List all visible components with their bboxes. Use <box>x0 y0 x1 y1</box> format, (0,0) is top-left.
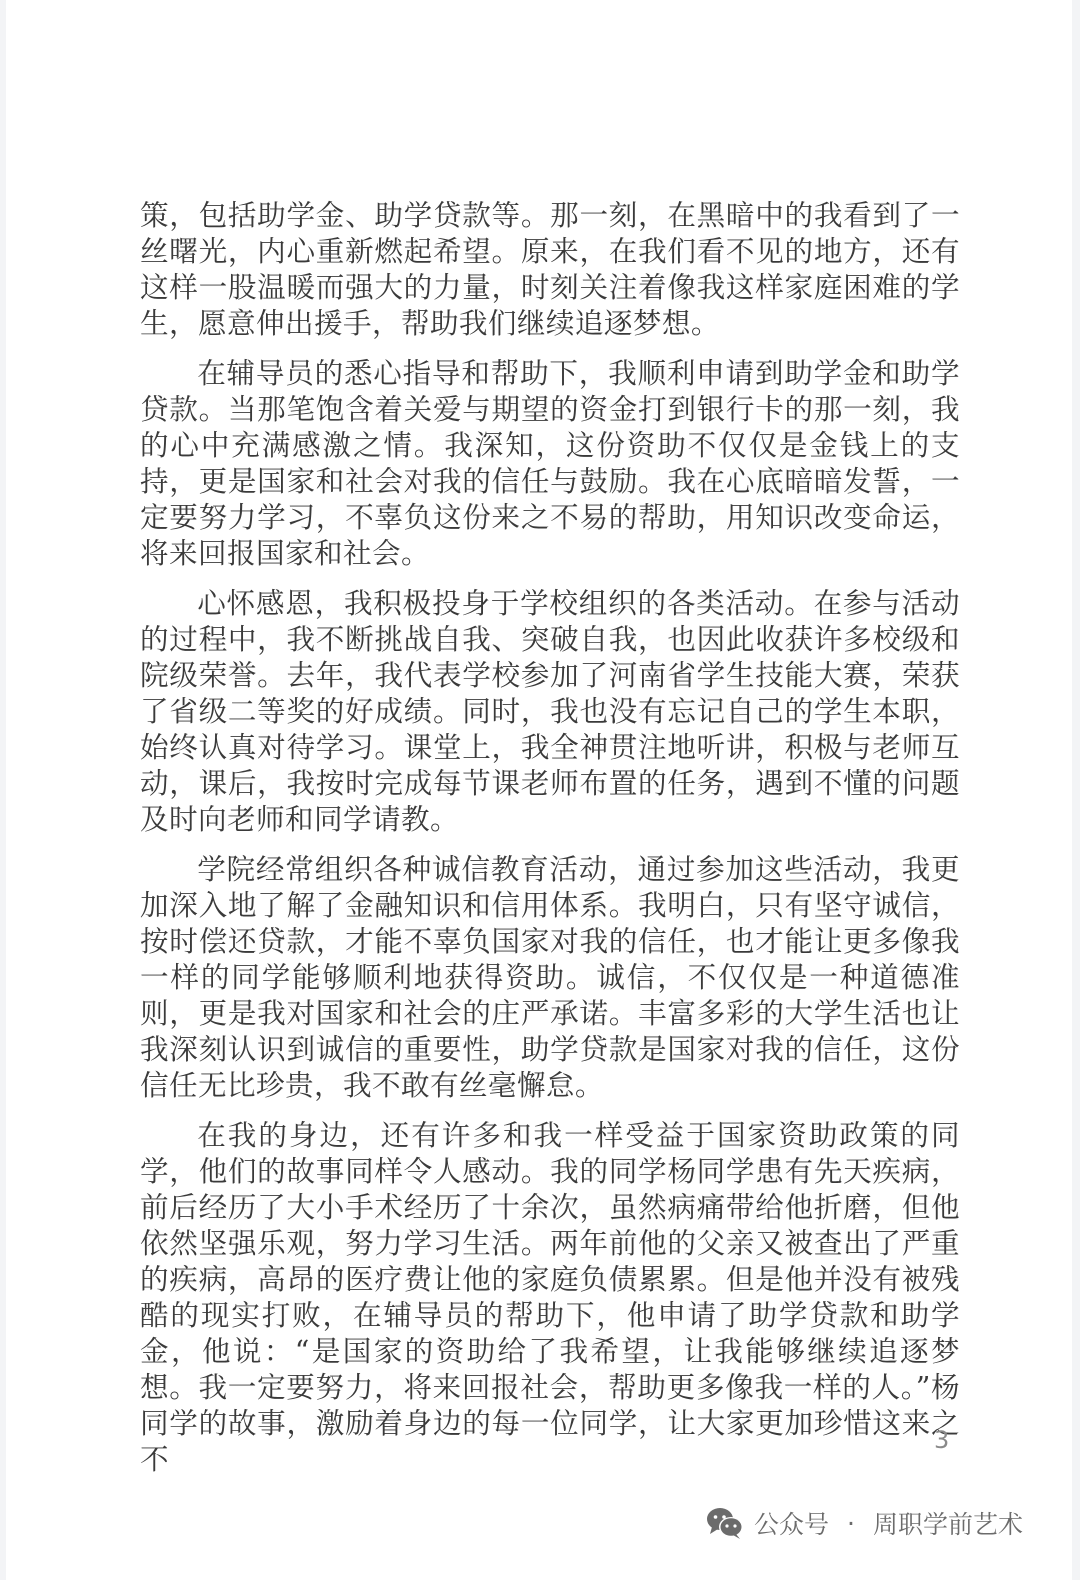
paragraph-5: 在我的身边，还有许多和我一样受益于国家资助政策的同学，他们的故事同样令人感动。我… <box>140 1117 960 1477</box>
paragraph-2: 在辅导员的悉心指导和帮助下，我顺利申请到助学金和助学贷款。当那笔饱含着关爱与期望… <box>140 355 960 571</box>
footer-label: 公众号 <box>754 1505 829 1541</box>
document-body: 策，包括助学金、助学贷款等。那一刻，在黑暗中的我看到了一丝曙光，内心重新燃起希望… <box>140 197 960 1491</box>
document-page: 策，包括助学金、助学贷款等。那一刻，在黑暗中的我看到了一丝曙光，内心重新燃起希望… <box>6 0 1072 1580</box>
paragraph-3: 心怀感恩，我积极投身于学校组织的各类活动。在参与活动的过程中，我不断挑战自我、突… <box>140 585 960 837</box>
wechat-account-footer[interactable]: 公众号 · 周职学前艺术 <box>706 1503 1023 1543</box>
paragraph-1: 策，包括助学金、助学贷款等。那一刻，在黑暗中的我看到了一丝曙光，内心重新燃起希望… <box>140 197 960 341</box>
footer-separator: · <box>847 1509 855 1538</box>
page-number: 3 <box>934 1426 949 1454</box>
paragraph-4: 学院经常组织各种诚信教育活动，通过参加这些活动，我更加深入地了解了金融知识和信用… <box>140 851 960 1103</box>
wechat-icon <box>706 1506 744 1540</box>
account-name[interactable]: 周职学前艺术 <box>873 1505 1023 1541</box>
